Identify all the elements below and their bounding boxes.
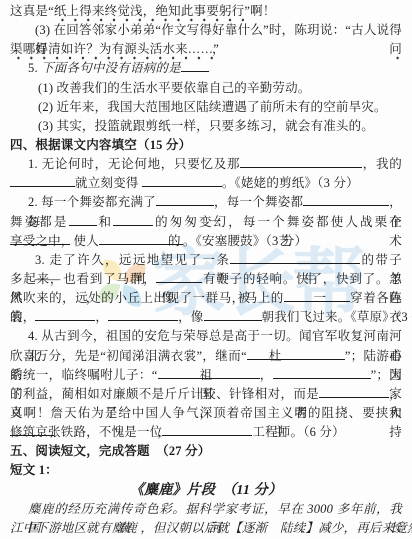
text-line: 义啊！詹天佑为了给中国人争气，顶着帝国主义者的阻挠、要挟和，主持	[10, 404, 402, 423]
text-segment: 五、阅读短文，完成答题 （27 分）	[10, 444, 210, 458]
text-line: 就立刻变得 。《姥姥的剪纸》（3 分）	[10, 174, 402, 193]
text-segment: 这真是“	[10, 4, 54, 18]
fill-in-blank	[113, 213, 153, 225]
fill-in-blank	[156, 271, 202, 283]
text-segment: 。《安塞腰鼓》（3 分）	[183, 234, 307, 248]
text-segment: 多起来，也看到了马群，	[10, 272, 156, 286]
emphasized-text: 渠哪得清如许？为有源头活水来……	[10, 42, 213, 60]
fill-in-blank	[156, 194, 214, 206]
text-line: 4. 从古到今，祖国的安危与荣辱总是高于一切。闻官军收复河南河北，杜甫	[10, 327, 402, 346]
text-segment: 修筑京张铁路，不愧是一位	[10, 425, 162, 439]
exam-page: 家长帮 这真是“纸上得来终觉浅，绝知此事要躬行”啊！(3) 在回答邻家小弟弟“作…	[0, 0, 412, 539]
text-segment: 2. 每一个舞姿都充满了	[28, 195, 156, 209]
text-line: (3) 在回答邻家小弟弟“作文写得好靠什么”时，陈玥说：“古人说得好，问	[10, 21, 402, 40]
text-line: 风吹来的，远处的小丘上出现了一群马，马上的穿着各色的衣	[10, 289, 402, 308]
fill-in-blank	[247, 347, 345, 359]
emphasized-text: 问	[389, 42, 402, 60]
fill-in-blank	[10, 175, 75, 187]
text-segment: 欣喜万分，先是“初闻涕泪满衣裳”，继而“	[10, 349, 247, 363]
text-line: 四、根据课文内容填空（15 分）	[10, 136, 402, 155]
fill-in-blank	[240, 156, 362, 168]
text-segment: 5.	[28, 61, 41, 75]
text-line: 短文 1：	[10, 461, 402, 480]
text-segment: 和	[97, 215, 114, 229]
text-line: 舞姿都是和的匆匆变幻，每一个舞姿都使人战栗在的艺术	[10, 213, 402, 232]
text-segment: 1. 无论何时，无论何地，只要忆及那	[28, 157, 240, 171]
text-line: 1. 无论何时，无论何地，只要忆及那，我的	[10, 155, 402, 174]
text-line: 的统一，临终嘱咐儿子：“，”；为了国家	[10, 366, 402, 385]
text-segment: ，	[260, 368, 273, 382]
text-segment: 的统一，临终嘱咐儿子：“	[10, 368, 158, 382]
text-segment: 舞姿都是	[10, 215, 69, 229]
fill-in-blank	[273, 366, 371, 378]
text-segment: 《麋鹿》片段 （11 分）	[130, 483, 282, 498]
fill-in-blank	[69, 213, 97, 225]
fill-in-blank	[35, 309, 95, 321]
emphasized-text: 纸上得来终觉浅，绝知此事要躬行	[54, 4, 245, 22]
text-line: 2. 每一个舞姿都充满了，每一个舞姿都，每一个	[10, 193, 402, 212]
text-segment: 就立刻变得	[75, 176, 142, 190]
fill-in-blank	[108, 309, 178, 321]
text-line: 江中下游地区就有麋鹿 ，但汉朝以后就【逐渐 陆续】减少，再后来竟然销声匿	[10, 519, 402, 538]
fill-in-blank	[204, 309, 262, 321]
text-segment: ，我的	[362, 157, 402, 171]
text-segment: ”啊！	[244, 4, 275, 18]
text-line: 修筑京张铁路，不愧是一位工程师。（6 分）	[10, 423, 402, 442]
text-line: 5. 下面各句中没有语病的是	[10, 59, 402, 78]
text-segment: (3) 其实，投篮就跟剪纸一样，只要多练习，就会有准头的。	[38, 119, 374, 133]
text-segment: 义啊！詹天佑为了给中国人争气，顶着帝国主义者的阻挠、要挟和	[10, 406, 402, 420]
fill-in-blank	[319, 386, 389, 398]
text-line: (1) 改善我们的生活水平要依靠自己的辛勤劳动。	[10, 79, 402, 98]
text-segment: ，像	[178, 310, 203, 324]
text-segment: ，每一个舞姿都	[214, 195, 303, 209]
fill-in-blank	[303, 194, 389, 206]
text-segment: 的匆匆变幻，每一个舞姿都使人战栗在	[153, 215, 402, 229]
text-segment: 短文 1：	[10, 463, 58, 477]
text-line: (2) 近年来，我国大范围地区陆续遭遇了前所未有的空前旱灾。	[10, 98, 402, 117]
text-segment: 朝我们飞过来。《草原》（3 分）	[262, 310, 412, 324]
text-line: 3. 走了许久，远远地望见了一条的带子——河！牛羊	[10, 251, 402, 270]
fill-in-blank	[284, 290, 350, 302]
fill-in-blank	[230, 252, 360, 264]
text-segment: 下面各句中没有语病的是	[41, 61, 181, 75]
text-segment: 风吹来的，远处的小丘上出现了一群马，马上的	[10, 291, 284, 305]
text-line: 欣喜万分，先是“初闻涕泪满衣裳”，继而“”；陆游心系祖国	[10, 347, 402, 366]
text-line: 《麋鹿》片段 （11 分）	[10, 481, 402, 500]
text-segment: ”	[213, 42, 219, 56]
text-segment: 享受之中，使人	[10, 234, 99, 248]
fill-in-blank	[158, 366, 260, 378]
fill-in-blank	[162, 424, 252, 436]
text-segment: 3. 走了许久，远远地望见了一条	[35, 253, 230, 267]
text-segment: 江中下游地区就有麋鹿 ，但汉朝以后就【逐渐 陆续】减少，再后来竟然销声匿	[10, 521, 412, 535]
fill-in-blank	[181, 60, 209, 72]
text-segment: (1) 改善我们的生活水平要依靠自己的辛勤劳动。	[38, 81, 311, 95]
text-segment: 的利益，蔺相如对廉颇不是斤斤计较、针锋相对，而是	[10, 387, 319, 401]
text-line: 这真是“纸上得来终觉浅，绝知此事要躬行”啊！	[10, 2, 402, 21]
text-line: 裳，，，像朝我们飞过来。《草原》（3 分）	[10, 308, 402, 327]
text-segment: ，	[95, 310, 108, 324]
text-segment: 四、根据课文内容填空（15 分）	[10, 138, 191, 152]
text-line: (3) 其实，投篮就跟剪纸一样，只要多练习，就会有准头的。	[10, 117, 402, 136]
text-segment: 。《姥姥的剪纸》（3 分）	[222, 176, 359, 190]
text-segment: 工程师。（6 分）	[252, 425, 344, 439]
text-segment: 裳，	[10, 310, 35, 324]
text-line: 麋鹿的经历充满传奇色彩。据科学家考证，早在 3000 多年前，我国黄河、长	[10, 500, 402, 519]
text-line: 的利益，蔺相如对廉颇不是斤斤计较、针锋相对，而是，真是深明大	[10, 385, 402, 404]
document-body: 这真是“纸上得来终觉浅，绝知此事要躬行”啊！(3) 在回答邻家小弟弟“作文写得好…	[0, 0, 412, 538]
text-line: 多起来，也看到了马群，有鞭子的轻响。快了，快到了。忽然，像被一阵	[10, 270, 402, 289]
text-line: 五、阅读短文，完成答题 （27 分）	[10, 442, 402, 461]
fill-in-blank	[99, 232, 183, 244]
text-segment: (2) 近年来，我国大范围地区陆续遭遇了前所未有的空前旱灾。	[38, 100, 387, 114]
fill-in-blank	[142, 175, 222, 187]
